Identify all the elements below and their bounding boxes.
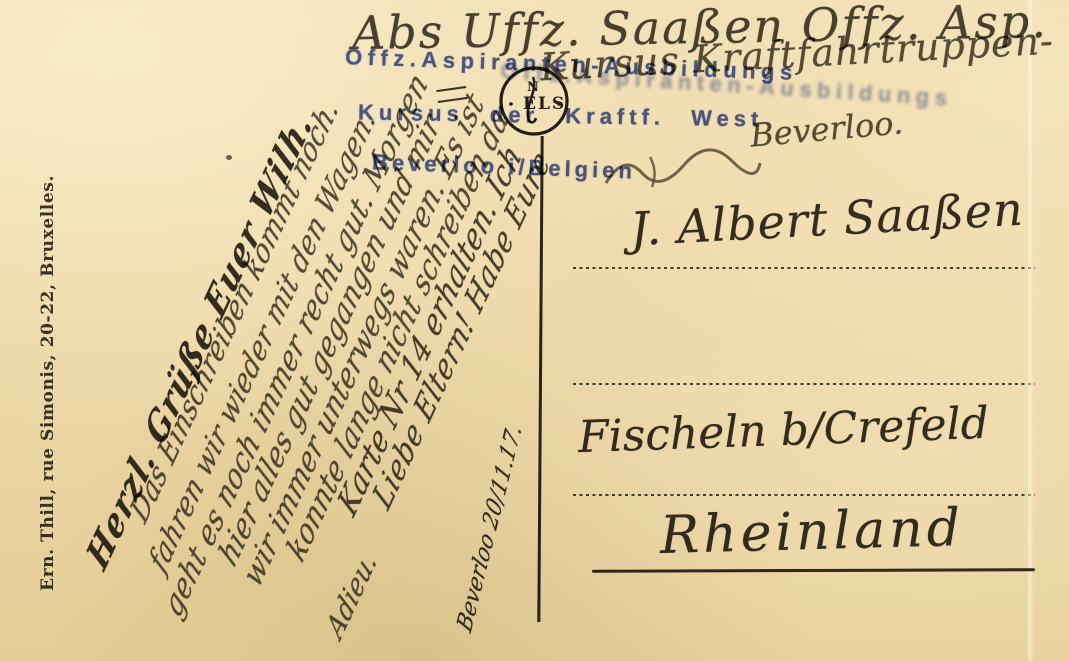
- ink-blot: [226, 155, 232, 160]
- center-divider-line: [537, 136, 543, 622]
- address-region: Rheinland: [659, 498, 964, 566]
- address-dotted-line-1: [573, 267, 1035, 269]
- message-date: Beverloo 20/11.17.: [453, 419, 527, 637]
- address-dotted-line-2: [573, 383, 1035, 385]
- pencil-scribble: [598, 145, 768, 200]
- address-town: Fischeln b/Crefeld: [577, 398, 989, 463]
- message-closing: Adieu.: [322, 544, 383, 645]
- address-dotted-line-3: [573, 494, 1035, 496]
- publisher-imprint: Ern. Thill, rue Simonis, 20-22, Bruxelle…: [38, 175, 58, 591]
- rheinland-underline: [592, 568, 1035, 573]
- postcard-back: Ern. Thill, rue Simonis, 20-22, Bruxelle…: [0, 0, 1069, 661]
- sender-line-3: Beverloo.: [749, 103, 905, 154]
- paper-edge-streak: [1028, 0, 1032, 661]
